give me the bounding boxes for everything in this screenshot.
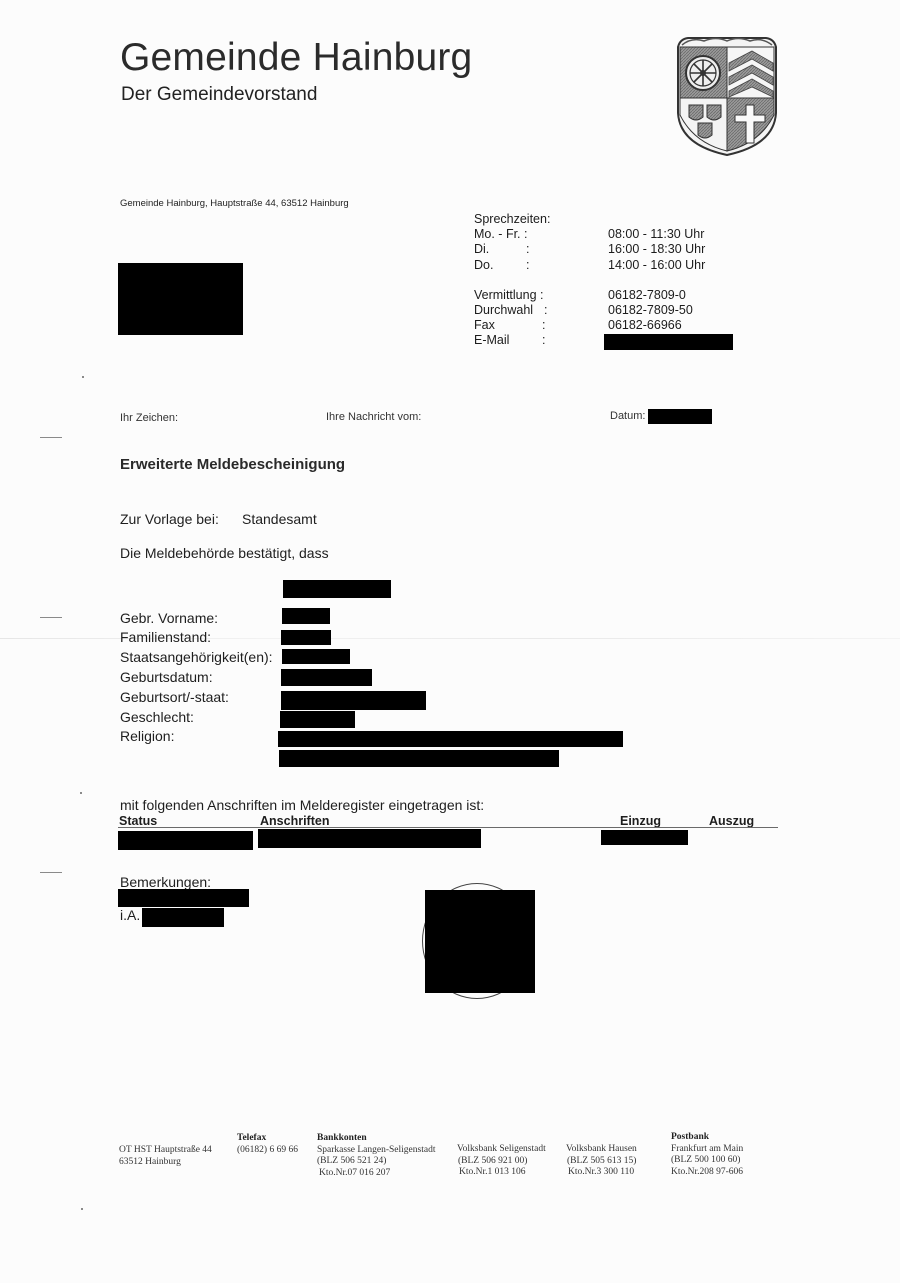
presented-to-label: Zur Vorlage bei: — [120, 511, 219, 527]
column-header-move-in: Einzug — [620, 814, 661, 828]
coat-of-arms-icon — [674, 33, 780, 159]
contact-colon: : — [542, 318, 545, 332]
signature-redacted — [142, 908, 224, 927]
contact-label: Fax — [474, 318, 495, 332]
signature-prefix: i.A. — [120, 907, 140, 923]
footer-address-line: OT HST Hauptstraße 44 — [119, 1145, 212, 1157]
email-redacted — [604, 334, 733, 350]
footer-address: OT HST Hauptstraße 44 63512 Hainburg — [119, 1145, 212, 1168]
presented-to-value: Standesamt — [242, 511, 317, 527]
field-value-redacted — [282, 608, 330, 624]
fold-mark — [40, 617, 62, 618]
office-hours-title: Sprechzeiten: — [474, 212, 550, 226]
bank-name: Volksbank Hausen — [566, 1144, 637, 1156]
contact-label: E-Mail — [474, 333, 509, 347]
status-redacted — [118, 831, 253, 850]
organization-department: Der Gemeindevorstand — [121, 84, 317, 106]
field-label-sex: Geschlecht: — [120, 709, 194, 725]
column-header-address: Anschriften — [260, 814, 329, 828]
bank-name: Sparkasse Langen-Seligenstadt — [317, 1145, 435, 1157]
field-value-redacted — [282, 649, 350, 664]
contact-colon: : — [544, 303, 547, 317]
field-label-religion: Religion: — [120, 728, 174, 744]
field-label-birth-date: Geburtsdatum: — [120, 669, 213, 685]
office-hours-colon: : — [526, 242, 529, 256]
footer-bank-1: Bankkonten Sparkasse Langen-Seligenstadt… — [317, 1133, 435, 1179]
contact-label: Vermittlung : — [474, 288, 543, 302]
scan-speck — [80, 792, 82, 794]
office-hours-time: 16:00 - 18:30 Uhr — [608, 242, 705, 256]
date-redacted — [648, 409, 712, 424]
field-value-redacted — [279, 750, 559, 767]
fold-mark — [40, 437, 62, 438]
bank-blz: (BLZ 506 921 00) — [457, 1156, 546, 1168]
remarks-redacted — [118, 889, 249, 907]
remarks-label: Bemerkungen: — [120, 874, 211, 890]
document-title: Erweiterte Meldebescheinigung — [120, 456, 345, 473]
your-reference-label: Ihr Zeichen: — [120, 412, 178, 424]
contact-colon: : — [542, 333, 545, 347]
footer-postbank: Postbank Frankfurt am Main (BLZ 500 100 … — [671, 1132, 743, 1178]
person-name-redacted — [283, 580, 391, 598]
footer-bank-3: Volksbank Hausen (BLZ 505 613 15) Kto.Nr… — [566, 1144, 637, 1179]
bank-blz: (BLZ 506 521 24) — [317, 1156, 435, 1168]
punch-mark — [40, 872, 62, 873]
bank-name: Volksbank Seligenstadt — [457, 1144, 546, 1156]
bank-account: Kto.Nr.1 013 106 — [457, 1167, 546, 1179]
footer-postbank-title: Postbank — [671, 1132, 709, 1142]
sender-address-line: Gemeinde Hainburg, Hauptstraße 44, 63512… — [120, 198, 349, 209]
your-message-label: Ihre Nachricht vom: — [326, 411, 421, 423]
bank-blz: (BLZ 505 613 15) — [566, 1156, 637, 1168]
postbank-name: Frankfurt am Main — [671, 1144, 743, 1156]
field-value-redacted — [281, 691, 426, 710]
column-header-status: Status — [119, 814, 157, 828]
contact-value: 06182-7809-50 — [608, 303, 693, 317]
field-value-redacted — [280, 711, 355, 728]
address-redacted — [258, 829, 481, 848]
contact-value: 06182-7809-0 — [608, 288, 686, 302]
confirmation-text: Die Meldebehörde bestätigt, dass — [120, 545, 329, 561]
office-hours-day: Do. — [474, 258, 493, 272]
postbank-blz: (BLZ 500 100 60) — [671, 1155, 743, 1167]
field-label-birth-place: Geburtsort/-staat: — [120, 689, 229, 705]
bank-account: Kto.Nr.07 016 207 — [317, 1168, 435, 1180]
field-label-nationality: Staatsangehörigkeit(en): — [120, 649, 273, 665]
scan-speck — [81, 1208, 83, 1210]
bank-account: Kto.Nr.3 300 110 — [566, 1167, 637, 1179]
field-value-redacted — [281, 669, 372, 686]
field-label-marital-status: Familienstand: — [120, 629, 211, 645]
contact-label: Durchwahl — [474, 303, 533, 317]
office-hours-colon: : — [526, 258, 529, 272]
field-value-redacted — [281, 630, 331, 645]
contact-value: 06182-66966 — [608, 318, 682, 332]
office-hours-time: 08:00 - 11:30 Uhr — [608, 227, 704, 241]
footer-bank-title: Bankkonten — [317, 1133, 367, 1143]
footer-bank-2: Volksbank Seligenstadt (BLZ 506 921 00) … — [457, 1144, 546, 1179]
office-hours-time: 14:00 - 16:00 Uhr — [608, 258, 705, 272]
organization-name: Gemeinde Hainburg — [120, 36, 472, 80]
footer-telefax-title: Telefax — [237, 1133, 266, 1143]
field-label-first-name: Gebr. Vorname: — [120, 610, 218, 626]
scan-speck — [82, 376, 84, 378]
column-header-move-out: Auszug — [709, 814, 754, 828]
table-header-rule — [118, 827, 778, 828]
field-value-redacted — [278, 731, 623, 747]
footer-telefax: Telefax (06182) 6 69 66 — [237, 1133, 298, 1156]
office-hours-day: Di. — [474, 242, 489, 256]
address-intro: mit folgenden Anschriften im Melderegist… — [120, 797, 484, 813]
footer-telefax-value: (06182) 6 69 66 — [237, 1145, 298, 1157]
official-stamp-redacted — [425, 890, 535, 993]
postbank-account: Kto.Nr.208 97-606 — [671, 1167, 743, 1179]
office-hours-day: Mo. - Fr. : — [474, 227, 527, 241]
recipient-address-redacted — [118, 263, 243, 335]
date-label: Datum: — [610, 410, 645, 422]
move-in-redacted — [601, 830, 688, 845]
footer-address-line: 63512 Hainburg — [119, 1157, 212, 1169]
